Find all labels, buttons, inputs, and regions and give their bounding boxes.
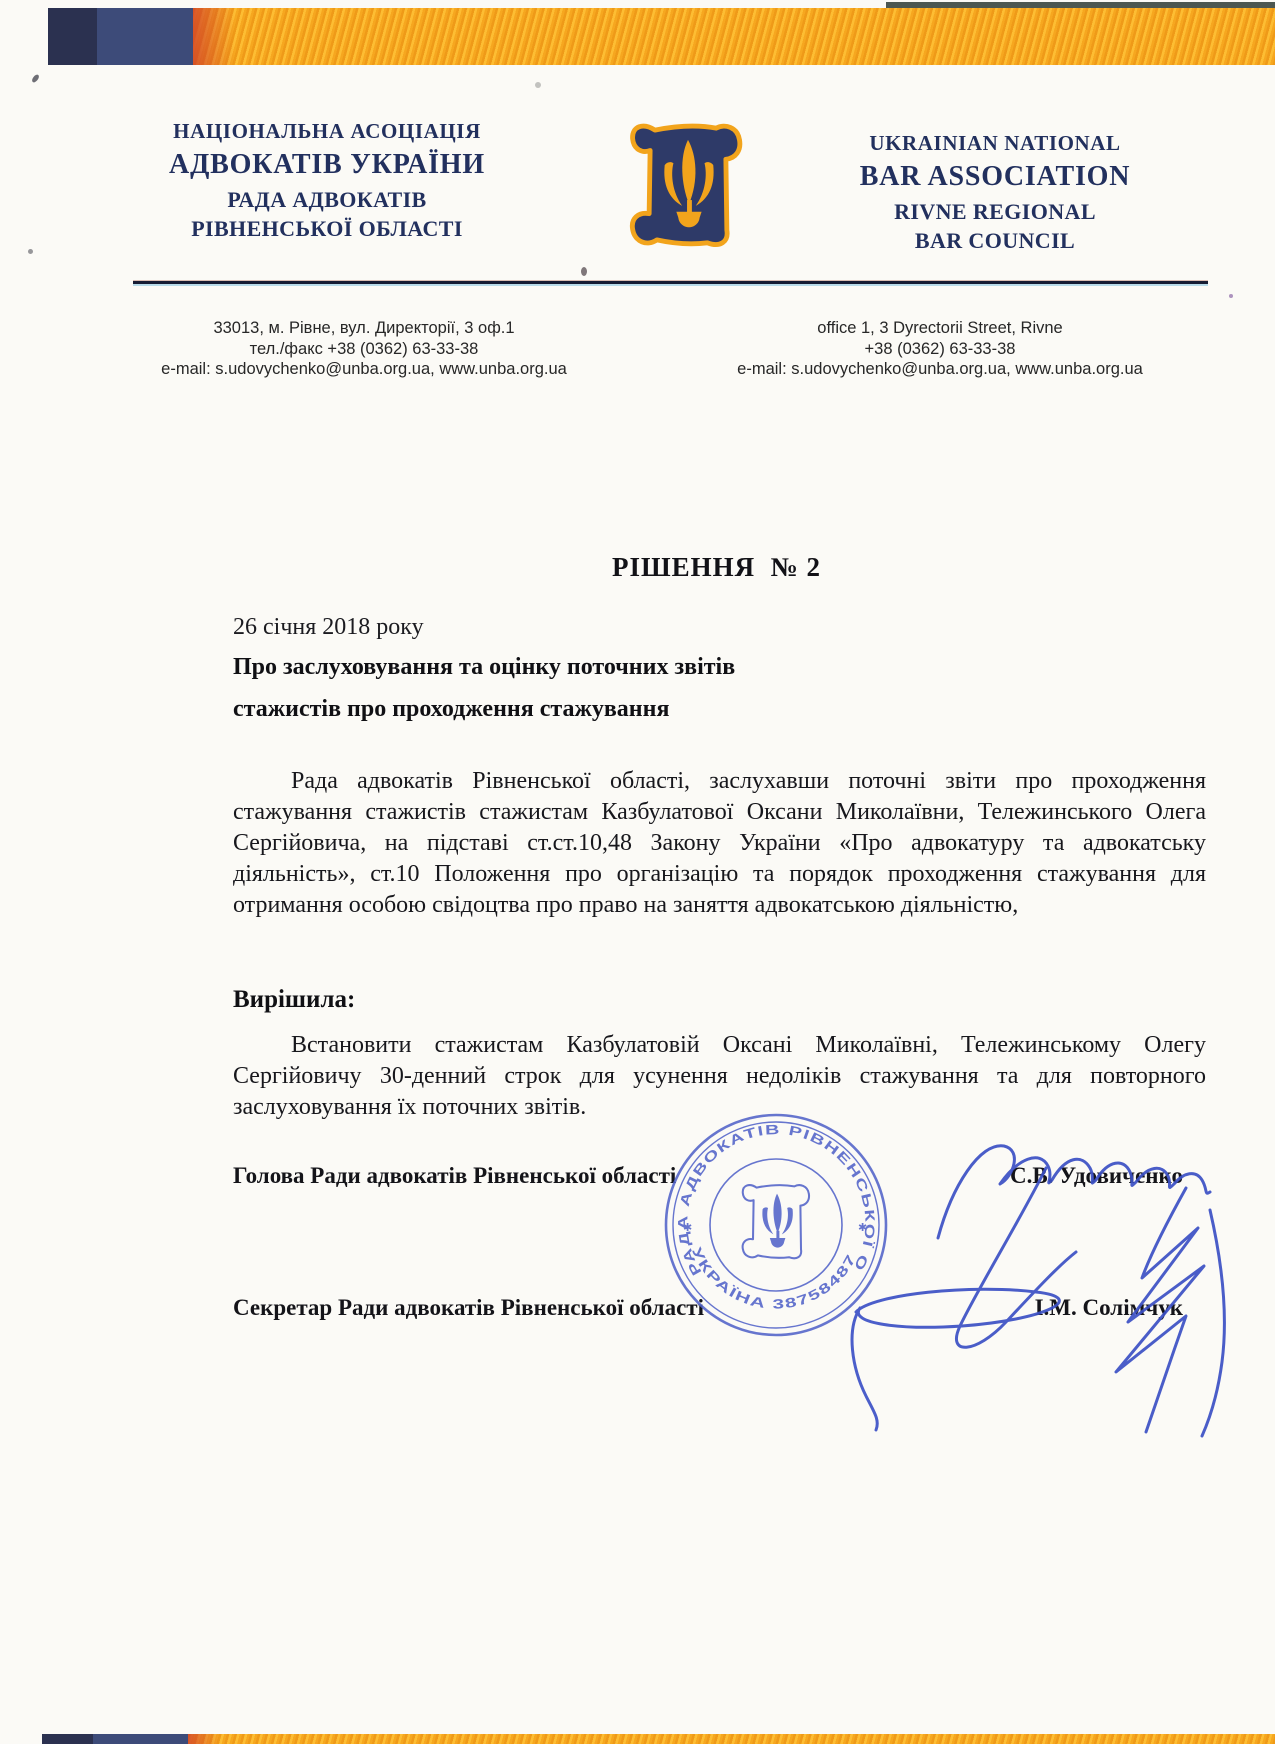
org-ua-line: РІВНЕНСЬКОЇ ОБЛАСТІ — [128, 217, 526, 242]
scan-speck — [581, 267, 587, 276]
contact-ua-phone: тел./факс +38 (0362) 63-33-38 — [108, 339, 620, 360]
bar-association-logo — [620, 114, 756, 256]
signature-name: С.В. Удовиченко — [1010, 1163, 1183, 1189]
contact-ua-email: e-mail: s.udovychenko@unba.org.ua, www.u… — [108, 359, 620, 380]
stamp-separator-star: ✱ — [858, 1222, 867, 1234]
stamp-separator-star: ✱ — [683, 1222, 692, 1234]
top-decorative-band — [48, 8, 1275, 65]
org-en-line: BAR ASSOCIATION — [772, 161, 1218, 192]
band-red-transition — [193, 8, 235, 65]
contact-en-address: office 1, 3 Dyrectorii Street, Rivne — [670, 318, 1210, 339]
decision-subject-line: стажистів про проходження стажування — [233, 696, 669, 723]
scan-speck — [28, 249, 33, 254]
contact-block-ukrainian: 33013, м. Рівне, вул. Директорії, 3 оф.1… — [108, 318, 620, 380]
band-orange-stripes — [193, 8, 1275, 65]
contact-block-english: office 1, 3 Dyrectorii Street, Rivne +38… — [670, 318, 1210, 380]
decision-subject-line: Про заслуховування та оцінку поточних зв… — [233, 654, 735, 681]
decision-title: РІШЕННЯ № 2 — [612, 552, 821, 583]
bottom-decorative-band — [42, 1734, 1275, 1744]
signature-row-head: Голова Ради адвокатів Рівненської област… — [233, 1163, 1183, 1189]
band-navy-block — [93, 1734, 188, 1744]
signature-stroke-secretary-long — [1202, 1210, 1224, 1436]
org-en-line: RIVNE REGIONAL — [772, 200, 1218, 225]
band-navy-dark-block — [48, 8, 97, 65]
contact-en-email: e-mail: s.udovychenko@unba.org.ua, www.u… — [670, 359, 1210, 380]
band-orange-stripes — [188, 1734, 1275, 1744]
band-navy-block — [97, 8, 193, 65]
scan-speck — [31, 73, 40, 83]
signature-role: Голова Ради адвокатів Рівненської област… — [233, 1163, 676, 1189]
band-navy-dark-block — [42, 1734, 93, 1744]
org-name-english: UKRAINIAN NATIONAL BAR ASSOCIATION RIVNE… — [772, 132, 1218, 253]
resolved-label: Вирішила: — [233, 986, 355, 1014]
org-ua-line: РАДА АДВОКАТІВ — [128, 188, 526, 213]
signature-stroke-head — [938, 1146, 1210, 1238]
signature-name: І.М. Солімчук — [1035, 1295, 1183, 1321]
contact-ua-address: 33013, м. Рівне, вул. Директорії, 3 оф.1 — [108, 318, 620, 339]
scan-speck — [1229, 294, 1233, 298]
org-name-ukrainian: НАЦІОНАЛЬНА АСОЦІАЦІЯ АДВОКАТІВ УКРАЇНИ … — [128, 120, 526, 241]
scanned-document-page: НАЦІОНАЛЬНА АСОЦІАЦІЯ АДВОКАТІВ УКРАЇНИ … — [0, 0, 1275, 1744]
band-red-transition — [188, 1734, 220, 1744]
decision-intro-paragraph: Рада адвокатів Рівненської області, засл… — [233, 766, 1206, 921]
contact-en-phone: +38 (0362) 63-33-38 — [670, 339, 1210, 360]
decision-date: 26 січня 2018 року — [233, 614, 424, 641]
stamp-center-emblem — [743, 1185, 809, 1258]
org-ua-line: АДВОКАТІВ УКРАЇНИ — [128, 149, 526, 180]
scroll-trident-icon — [620, 114, 756, 256]
scan-edge-artifact — [886, 2, 1275, 8]
handwritten-signature-ink — [852, 1146, 1224, 1436]
signature-role: Секретар Ради адвокатів Рівненської обла… — [233, 1295, 704, 1321]
signature-row-secretary: Секретар Ради адвокатів Рівненської обла… — [233, 1295, 1183, 1321]
org-en-line: UKRAINIAN NATIONAL — [772, 132, 1218, 156]
scan-speck — [535, 82, 541, 88]
org-en-line: BAR COUNCIL — [772, 229, 1218, 254]
header-divider-rule — [133, 281, 1208, 284]
decision-resolution-paragraph: Встановити стажистам Казбулатовій Оксані… — [233, 1030, 1206, 1123]
org-ua-line: НАЦІОНАЛЬНА АСОЦІАЦІЯ — [128, 120, 526, 144]
